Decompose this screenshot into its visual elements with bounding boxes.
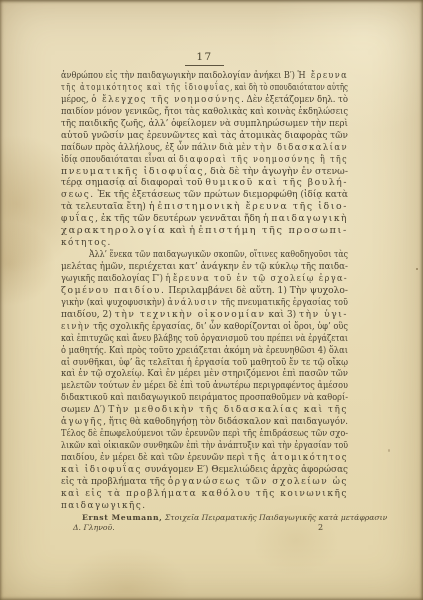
emphasized-text-segment: ζομένου παιδίου.	[61, 286, 165, 296]
emphasized-text-segment: ἐπιστημονικὴ ἔρευνα τῆς ἰδιο-	[157, 202, 348, 212]
text-segment: Ἐκ τῆς ἐξετάσεως τῶν πρώτων διεμορφώθη (…	[95, 190, 348, 200]
text-segment: παιδίου, 2)	[61, 310, 115, 320]
text-line: ζομένου παιδίου. Περιλαμβάνει δὲ αὕτη. 1…	[61, 286, 348, 298]
book-page: 17 ἀνθρώπου εἰς τὴν παιδαγωγικὴν παιδολο…	[0, 0, 423, 600]
text-segment: , ἐκ τῆς τῶν δευτέρων γεννᾶται ἤδη ἡ	[95, 214, 271, 224]
text-segment: , ἥτις θὰ καθοδηγήσῃ τὸν διδάσκαλον καὶ …	[103, 417, 348, 427]
text-segment: τῆς πνευματικῆς ἐργασίας τοῦ	[218, 298, 348, 308]
emphasized-text-segment: Τὴν μεθοδικὴν τῆς διδασκαλίας καὶ τῆς	[108, 405, 348, 415]
paper-speck	[416, 268, 418, 270]
text-segment: παιδίου, ἐν μέρει δὲ καὶ τῶν ἐρευνῶν περ…	[61, 453, 248, 463]
emphasized-text-segment: φυΐας	[61, 214, 95, 224]
text-line: φυΐας, ἐκ τῆς τῶν δευτέρων γεννᾶται ἤδη …	[61, 214, 348, 226]
emphasized-text-segment: ἐπιστήμη τῆς προσωπι-	[198, 226, 348, 236]
footnote-author: Ernst Meumann,	[82, 513, 162, 522]
emphasized-text-segment: εινὴν	[61, 322, 91, 332]
text-line: Τέλος δὲ ἐπωφελούμενοι τῶν ἐρευνῶν περὶ …	[61, 429, 348, 441]
text-line: χαρακτηρολογία καὶ ἡ ἐπιστήμη τῆς προσωπ…	[61, 226, 348, 238]
text-line: παιδαγωγικῆς.	[61, 501, 348, 513]
text-line: διδακτικοῦ καὶ παιδαγωγικοῦ πειράματος π…	[61, 393, 348, 405]
text-line: σωμεν Δ′) Τὴν μεθοδικὴν τῆς διδασκαλίας …	[61, 405, 348, 417]
text-line: καὶ εἰς τὰ προβλήματα καθόλου τῆς κοινων…	[61, 489, 348, 501]
emphasized-text-segment: καὶ ἰδιοφυΐας	[61, 465, 142, 475]
footnote: Ernst Meumann, Στοιχεῖα Πειραματικῆς Παι…	[61, 513, 361, 533]
text-line: καὶ ἰδιοφυΐας συνάγομεν Ε′) Θεμελιώδεις …	[61, 465, 348, 477]
text-line: αὐτοῦ γνῶσίν μας ἐρευνῶντες καὶ τὰς ἀτομ…	[61, 131, 348, 143]
text-line: μελετῶν τούτων ἐν μέρει δὲ ἐπὶ τοῦ ἀνωτέ…	[61, 381, 348, 393]
text-segment: λικῶν καὶ οἰκιακῶν συνθηκῶν ἐπὶ τὴν ἀνάπ…	[61, 441, 348, 451]
text-line: τέρᾳ σημασίᾳ αἱ διαφοραὶ τοῦ θυμικοῦ καὶ…	[61, 178, 348, 190]
text-line: ἰδίᾳ σπουδαιόταται εἶναι αἱ διαφοραὶ τῆς…	[61, 155, 348, 167]
emphasized-text-segment: Ἡ ἔρευνα	[297, 71, 348, 81]
emphasized-text-segment: ὀργανώσεως τῶν σχολείων ὡς	[168, 477, 348, 487]
emphasized-text-segment: θυμικοῦ καὶ τῆς βουλή-	[205, 178, 348, 188]
emphasized-text-segment: ἀγωγῆς	[61, 417, 103, 427]
emphasized-text-segment: τῆς ἀτομικότητος καὶ τῆς ἰδιοφυΐας	[61, 83, 230, 93]
text-line: γικὴν (καὶ ψυχοφυσικὴν) ἀνάλυσιν τῆς πνε…	[61, 298, 348, 310]
text-segment: μελέτας ἡμῶν, περιέχεται κατ’ ἀνάγκην ἐν…	[61, 262, 348, 272]
footnote-book-title: Στοιχεῖα Πειραματικῆς Παιδαγωγικῆς κατὰ …	[165, 513, 387, 522]
text-line: ἀγωγῆς, ἥτις θὰ καθοδηγήσῃ τὸν διδάσκαλο…	[61, 417, 348, 429]
text-segment: καὶ ἡ	[167, 226, 199, 236]
text-line: παιδίου, ἐν μέρει δὲ καὶ τῶν ἐρευνῶν περ…	[61, 453, 348, 465]
text-line: κότητος.	[61, 238, 348, 250]
emphasized-text-segment: χαρακτηρολογία	[61, 226, 167, 236]
text-line: παιδίον μόνον γενικῶς, ἤτοι τὰς καθολικὰ…	[61, 107, 348, 119]
emphasized-text-segment: κότητος.	[61, 238, 112, 248]
emphasized-text-segment: ἔρευνα τοῦ ἐν τῷ σχολείῳ ἐργα-	[173, 274, 348, 284]
emphasized-text-segment: ὁ ἔλεγχος τῆς νοημοσύνης	[91, 95, 241, 105]
text-segment: εἰς τὰ προβλήματα τῆς	[61, 477, 168, 487]
text-segment: , διὰ δὲ τὴν ἀγωγὴν ἐν στενω-	[204, 167, 348, 177]
emphasized-text-segment: τὴν τεχνικὴν οἰκονομίαν	[115, 310, 266, 320]
text-segment: γικὴν (καὶ ψυχοφυσικὴν)	[61, 298, 167, 308]
text-segment: αἱ συνθῆκαι, ὑφ’ ἃς τελεῖται ἡ ἐργασία τ…	[61, 358, 348, 368]
footnote-translator: Δ. Γληνοῦ.	[61, 523, 361, 533]
text-line: εινὴν τῆς σχολικῆς ἐργασίας, δι’ ὧν καθο…	[61, 322, 348, 334]
text-segment: τῆς παιδικῆς ζωῆς, ἀλλ’ ὀφείλομεν νὰ συμ…	[61, 119, 348, 129]
text-segment: διδακτικοῦ καὶ παιδαγωγικοῦ πειράματος π…	[61, 393, 348, 403]
text-segment: καὶ ἐν τῷ σχολείῳ. Καὶ ἐν μέρει μὲν στηρ…	[61, 369, 348, 379]
text-segment: αὐτοῦ γνῶσίν μας ἐρευνῶντες καὶ τὰς ἀτομ…	[61, 131, 348, 141]
text-segment: Τέλος δὲ ἐπωφελούμενοι τῶν ἐρευνῶν περὶ …	[61, 429, 348, 439]
paper-speck	[388, 449, 390, 452]
text-segment: συνάγομεν Ε′) Θεμελιώδεις ἀρχὰς ἀφορώσας	[142, 465, 348, 475]
text-line: τῆς ἀτομικότητος καὶ τῆς ἰδιοφυΐας, καὶ …	[61, 83, 348, 95]
text-segment: τῆς σχολικῆς ἐργασίας, δι’ ὧν καθορίζοντ…	[91, 322, 348, 332]
text-line: καὶ ἐπιτυχῶς καὶ ἄνευ βλάβης τοῦ ὀργανισ…	[61, 334, 348, 346]
text-line: παίδων πρὸς ἀλλήλους, ἐξ ὧν πάλιν διὰ μὲ…	[61, 143, 348, 155]
emphasized-text-segment: πνευματικῆς ἰδιοφυΐας	[61, 167, 204, 177]
emphasized-text-segment: σεως.	[61, 190, 95, 200]
emphasized-text-segment: διαφοραὶ τῆς νοημοσύνης ἢ τῆς	[179, 155, 348, 165]
text-segment: σωμεν Δ′)	[61, 405, 108, 415]
emphasized-text-segment: τὴν διδασκαλίαν	[254, 143, 348, 153]
text-segment: , καὶ δὴ τὸ σπουδαιότατον αὐτῆς	[230, 83, 348, 93]
text-segment: Ἀλλ’ ἕνεκα τῶν παιδαγωγικῶν σκοπῶν, οἵτι…	[89, 250, 348, 260]
text-line: Ἀλλ’ ἕνεκα τῶν παιδαγωγικῶν σκοπῶν, οἵτι…	[61, 250, 348, 262]
emphasized-text-segment: παιδαγωγικὴ	[271, 214, 348, 224]
body-text: ἀνθρώπου εἰς τὴν παιδαγωγικὴν παιδολογία…	[61, 71, 348, 513]
emphasized-text-segment: παιδαγωγικῆς.	[61, 501, 147, 511]
text-line: σεως. Ἐκ τῆς ἐξετάσεως τῶν πρώτων διεμορ…	[61, 190, 348, 202]
text-line: μελέτας ἡμῶν, περιέχεται κατ’ ἀνάγκην ἐν…	[61, 262, 348, 274]
text-segment: τέρᾳ σημασίᾳ αἱ διαφοραὶ τοῦ	[61, 178, 205, 188]
text-line: λικῶν καὶ οἰκιακῶν συνθηκῶν ἐπὶ τὴν ἀνάπ…	[61, 441, 348, 453]
text-segment: τὰ τελευταῖα ἔτη) ἡ	[61, 202, 157, 212]
text-line: εἰς τὰ προβλήματα τῆς ὀργανώσεως τῶν σχο…	[61, 477, 348, 489]
text-line: γωγικῆς παιδολογίας Γ′) ἡ ἔρευνα τοῦ ἐν …	[61, 274, 348, 286]
text-line: αἱ συνθῆκαι, ὑφ’ ἃς τελεῖται ἡ ἐργασία τ…	[61, 358, 348, 370]
emphasized-text-segment: τῆς ἀτομικότητος	[248, 453, 348, 463]
page-number: 17	[185, 51, 223, 66]
text-segment: καὶ ἐπιτυχῶς καὶ ἄνευ βλάβης τοῦ ὀργανισ…	[61, 334, 348, 344]
emphasized-text-segment: ἀνάλυσιν	[167, 298, 218, 308]
text-segment: μέρος,	[61, 95, 91, 105]
text-line: τῆς παιδικῆς ζωῆς, ἀλλ’ ὀφείλομεν νὰ συμ…	[61, 119, 348, 131]
text-segment: Περιλαμβάνει δὲ αὕτη. 1) Τὴν ψυχολο-	[165, 286, 348, 296]
emphasized-text-segment: τὴν ὑγι-	[299, 310, 348, 320]
text-segment: παίδων πρὸς ἀλλήλους, ἐξ ὧν πάλιν διὰ μὲ…	[61, 143, 254, 153]
text-segment: γωγικῆς παιδολογίας Γ′) ἡ	[61, 274, 173, 284]
text-line: ἀνθρώπου εἰς τὴν παιδαγωγικὴν παιδολογία…	[61, 71, 348, 83]
text-segment: ὁ μαθητής. Καὶ πρὸς τοῦτο χρειάζεται ἀκό…	[61, 346, 348, 356]
text-line: καὶ ἐν τῷ σχολείῳ. Καὶ ἐν μέρει μὲν στηρ…	[61, 369, 348, 381]
page-header: 17	[61, 45, 348, 66]
signature-mark: 2	[318, 523, 323, 533]
text-segment: ἀνθρώπου εἰς τὴν παιδαγωγικὴν παιδολογία…	[61, 71, 297, 81]
emphasized-text-segment: καὶ εἰς τὰ προβλήματα καθόλου τῆς κοινων…	[61, 489, 348, 499]
text-line: πνευματικῆς ἰδιοφυΐας, διὰ δὲ τὴν ἀγωγὴν…	[61, 167, 348, 179]
text-line: μέρος, ὁ ἔλεγχος τῆς νοημοσύνης. Δὲν ἐξε…	[61, 95, 348, 107]
text-line: ὁ μαθητής. Καὶ πρὸς τοῦτο χρειάζεται ἀκό…	[61, 346, 348, 358]
text-segment: καὶ 3)	[266, 310, 299, 320]
text-line: τὰ τελευταῖα ἔτη) ἡ ἐπιστημονικὴ ἔρευνα …	[61, 202, 348, 214]
text-segment: . Δὲν ἐξετάζομεν δηλ. τὸ	[241, 95, 348, 105]
text-segment: παιδίον μόνον γενικῶς, ἤτοι τὰς καθολικὰ…	[61, 107, 348, 117]
text-line: παιδίου, 2) τὴν τεχνικὴν οἰκονομίαν καὶ …	[61, 310, 348, 322]
footnote-line-1: Ernst Meumann, Στοιχεῖα Πειραματικῆς Παι…	[61, 513, 361, 523]
text-segment: μελετῶν τούτων ἐν μέρει δὲ ἐπὶ τοῦ ἀνωτέ…	[61, 381, 348, 391]
text-segment: ἰδίᾳ σπουδαιόταται εἶναι αἱ	[61, 155, 179, 165]
